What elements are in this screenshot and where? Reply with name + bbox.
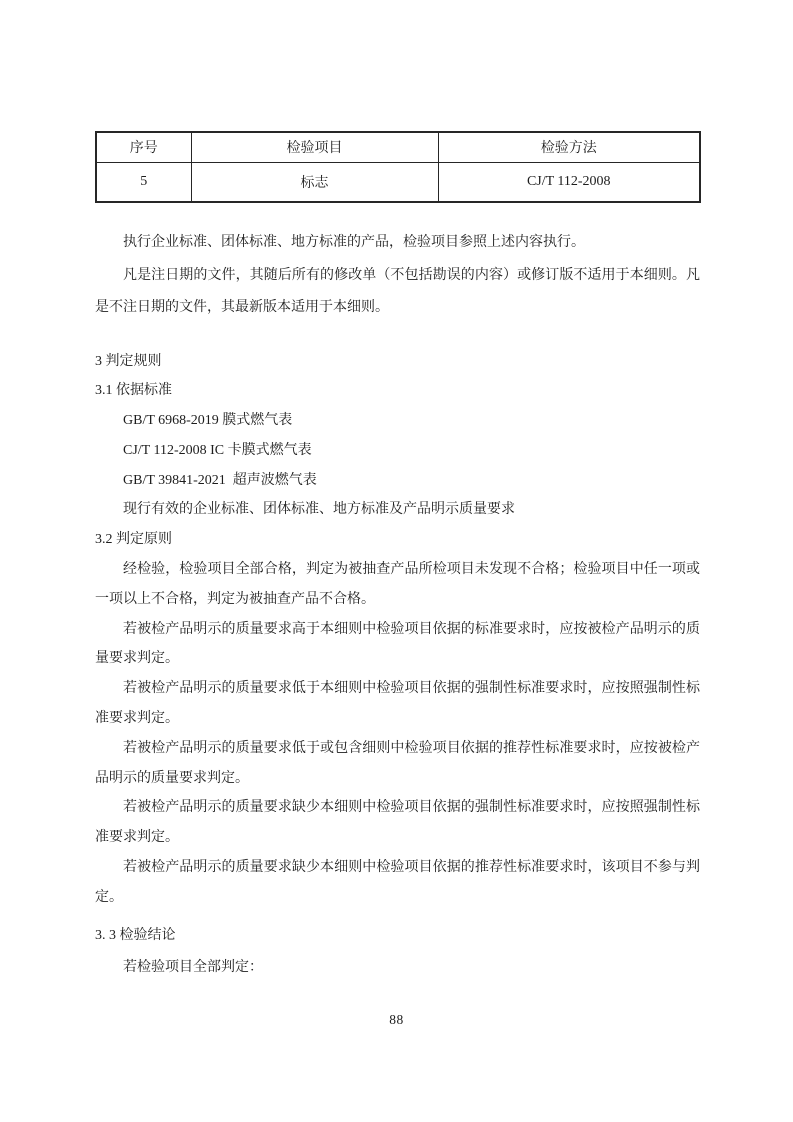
cell-sequence: 5 [96,162,191,202]
col-header-inspection-method: 检验方法 [438,132,700,162]
standard-reference-current-enterprise: 现行有效的企业标准、团体标准、地方标准及产品明示质量要求 [95,495,700,525]
col-header-inspection-item: 检验项目 [191,132,438,162]
table-row: 5 标志 CJ/T 112-2008 [96,162,700,202]
section-3-2-heading: 3.2 判定原则 [95,525,700,555]
table-header-row: 序号 检验项目 检验方法 [96,132,700,162]
document-content: 序号 检验项目 检验方法 5 标志 CJ/T 112-2008 执行企业标准、团… [95,131,700,983]
standard-reference-gbt6968: GB/T 6968-2019 膜式燃气表 [95,406,700,436]
judgment-paragraph-1: 经检验，检验项目全部合格，判定为被抽查产品所检项目未发现不合格；检验项目中任一项… [95,555,700,615]
standard-reference-cjt112: CJ/T 112-2008 IC 卡膜式燃气表 [95,436,700,466]
intro-paragraphs: 执行企业标准、团体标准、地方标准的产品，检验项目参照上述内容执行。 凡是注日期的… [95,227,700,325]
cell-inspection-item: 标志 [191,162,438,202]
page-number: 88 [0,1012,793,1028]
section-judgment-rules: 3 判定规则 3.1 依据标准 GB/T 6968-2019 膜式燃气表 CJ/… [95,347,700,984]
judgment-paragraph-2: 若被检产品明示的质量要求高于本细则中检验项目依据的标准要求时，应按被检产品明示的… [95,615,700,675]
standard-reference-gbt39841: GB/T 39841-2021 超声波燃气表 [95,466,700,496]
judgment-paragraph-6: 若被检产品明示的质量要求缺少本细则中检验项目依据的推荐性标准要求时，该项目不参与… [95,853,700,913]
intro-paragraph-execution: 执行企业标准、团体标准、地方标准的产品，检验项目参照上述内容执行。 [95,227,700,260]
conclusion-intro: 若检验项目全部判定： [95,953,700,983]
inspection-items-table: 序号 检验项目 检验方法 5 标志 CJ/T 112-2008 [95,131,701,203]
intro-paragraph-dated-documents: 凡是注日期的文件，其随后所有的修改单（不包括勘误的内容）或修订版不适用于本细则。… [95,260,700,325]
section-3-3-heading: 3. 3 检验结论 [95,921,700,951]
judgment-paragraph-5: 若被检产品明示的质量要求缺少本细则中检验项目依据的强制性标准要求时，应按照强制性… [95,793,700,853]
section-3-1-heading: 3.1 依据标准 [95,376,700,406]
col-header-sequence: 序号 [96,132,191,162]
document-page: 序号 检验项目 检验方法 5 标志 CJ/T 112-2008 执行企业标准、团… [0,0,793,1122]
judgment-paragraph-4: 若被检产品明示的质量要求低于或包含细则中检验项目依据的推荐性标准要求时，应按被检… [95,734,700,794]
cell-inspection-method: CJ/T 112-2008 [438,162,700,202]
judgment-paragraph-3: 若被检产品明示的质量要求低于本细则中检验项目依据的强制性标准要求时，应按照强制性… [95,674,700,734]
section-3-heading: 3 判定规则 [95,347,700,377]
